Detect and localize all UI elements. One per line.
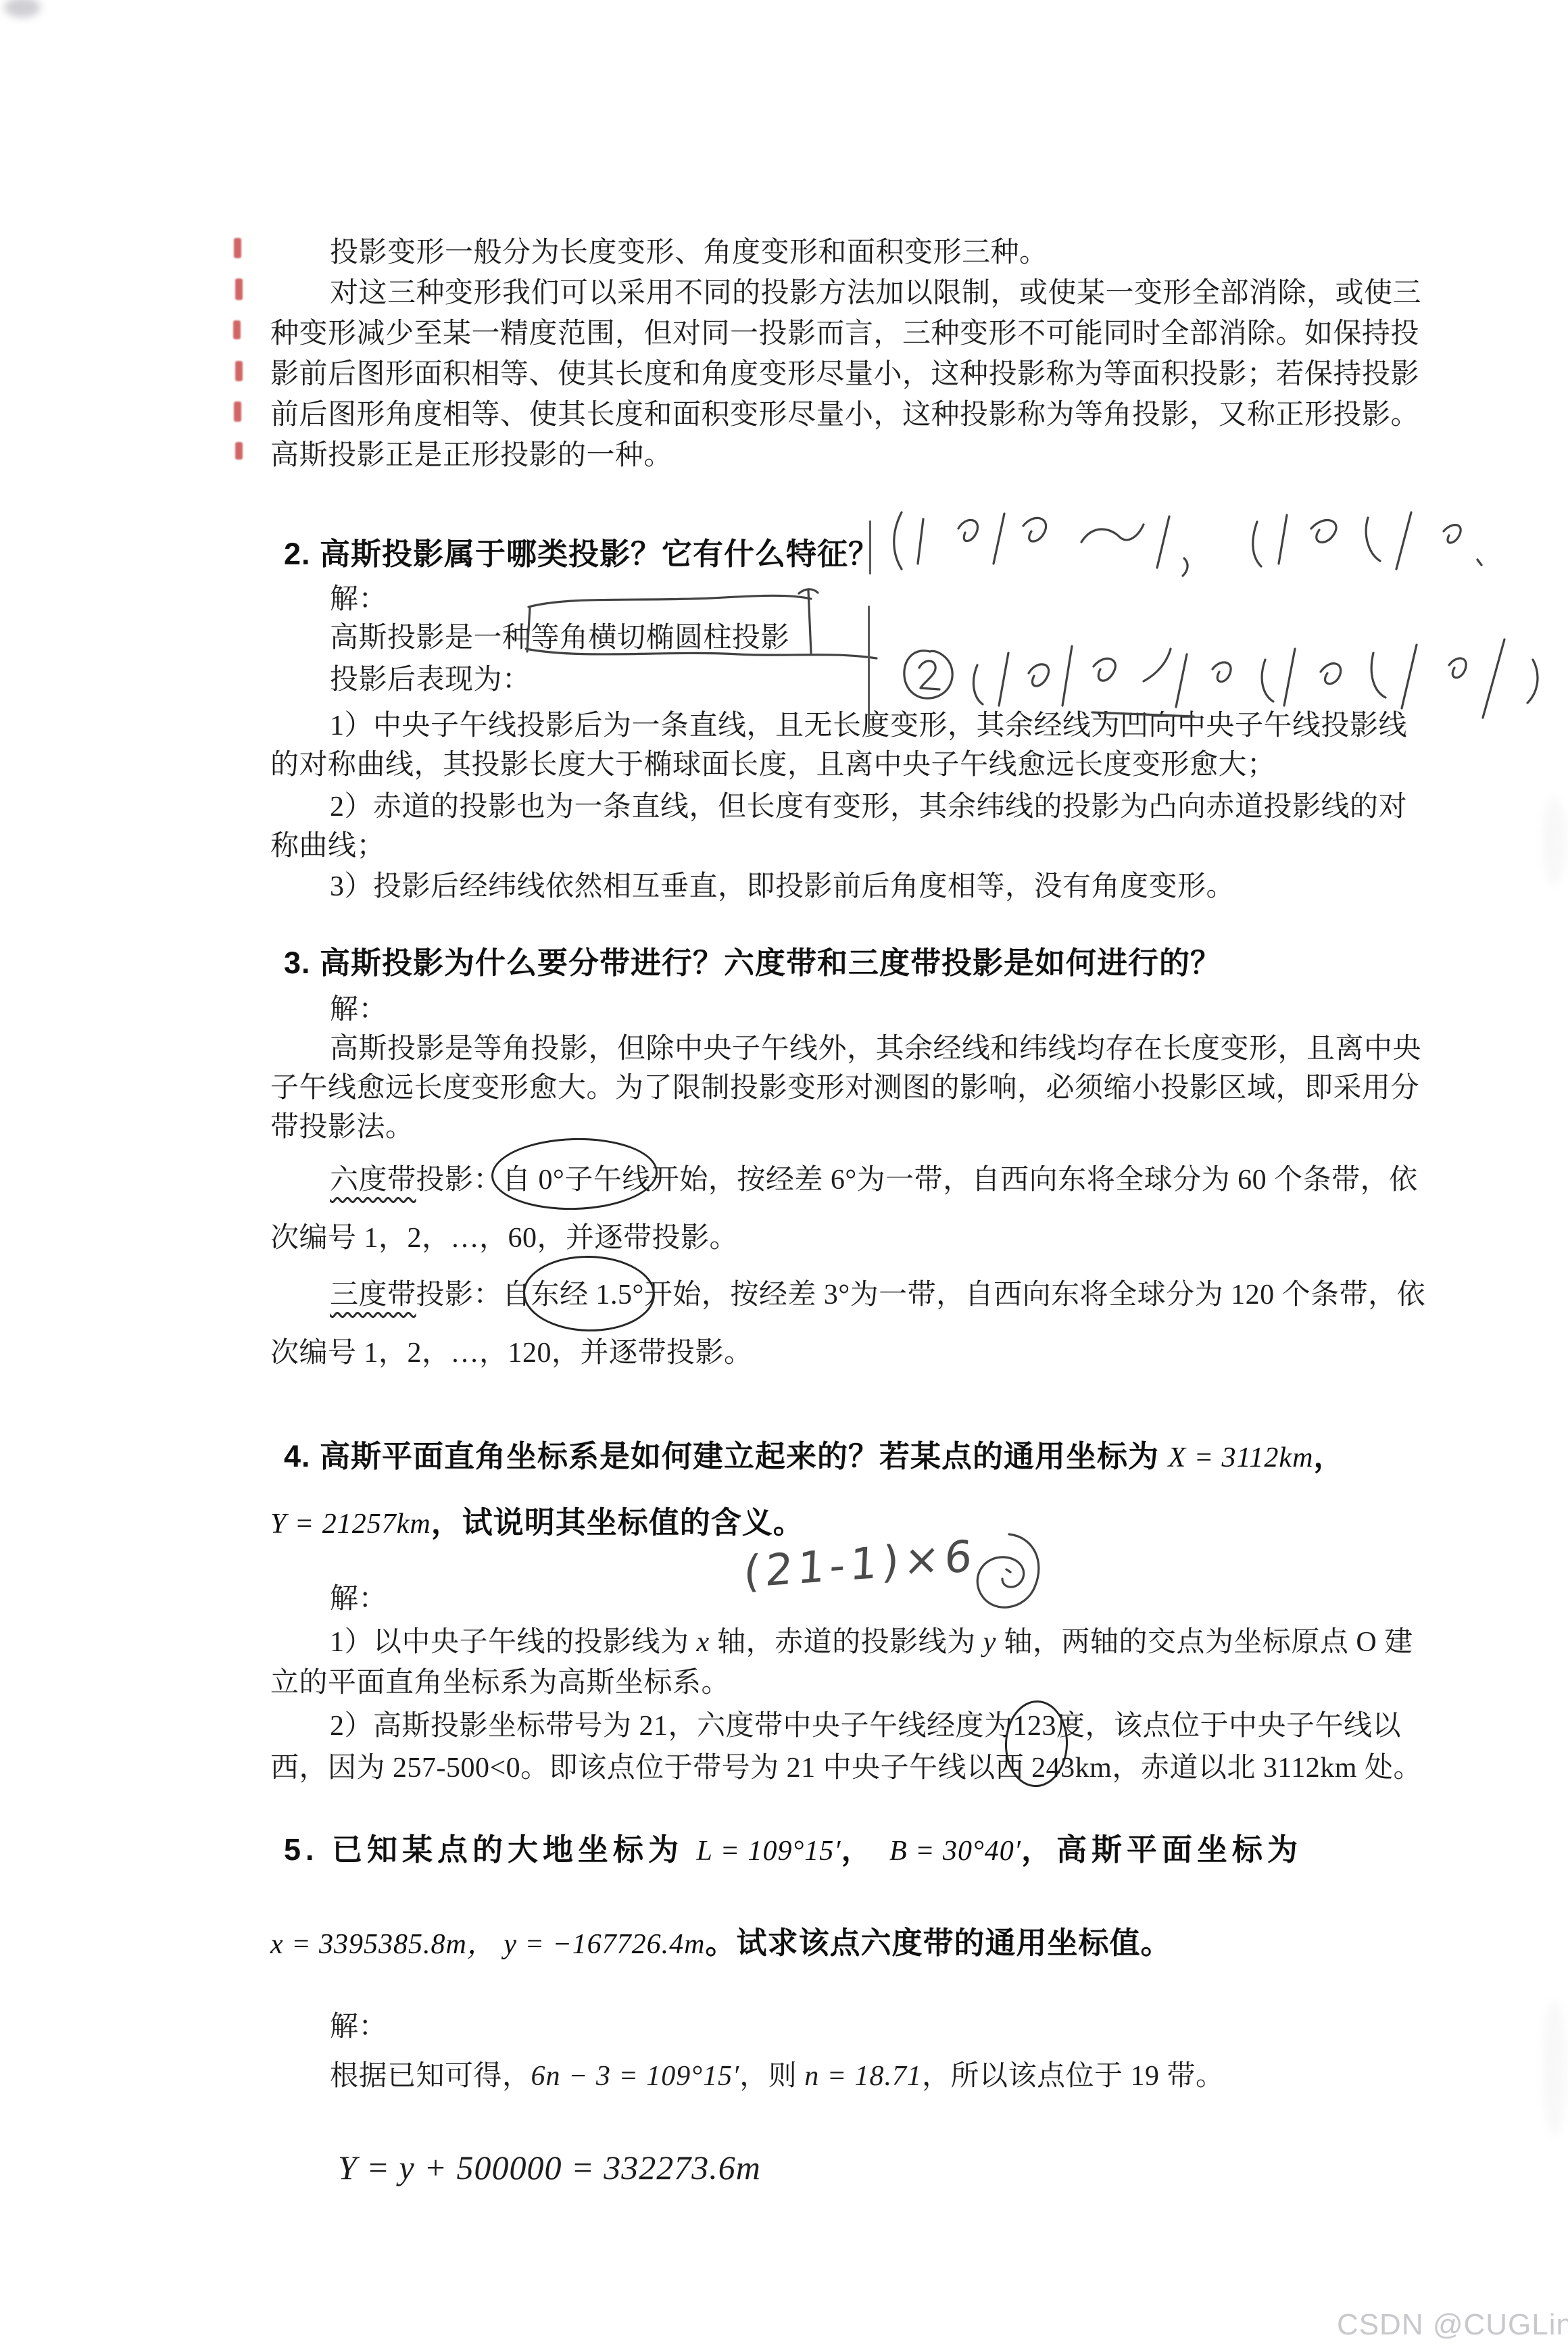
paragraph1-line4: 影前后图形面积相等、使其长度和角度变形尽量小，这种投影称为等面积投影；若保持投影: [270, 351, 1419, 392]
math-expression: n = 18.71: [804, 2061, 922, 2092]
plain-text: 开始，按经差 6°为一带，自西向东将全球分为 60 个条带，依: [651, 1165, 1418, 1196]
plain-text: 投影：自: [416, 1279, 531, 1311]
question4-title-line1: 4. 高斯平面直角坐标系是如何建立起来的？若某点的通用坐标为 X = 3112k…: [284, 1431, 1344, 1475]
red-margin-mark: [235, 278, 243, 300]
question3-answer-line3: 带投影法。: [270, 1104, 414, 1145]
paragraph1-line5: 前后图形角度相等、使其长度和面积变形尽量小，这种投影称为等角投影，又称正形投影。: [270, 392, 1419, 433]
wavy-underlined-text: 六度带: [330, 1165, 416, 1196]
plain-text: 根据已知可得，: [330, 2061, 531, 2092]
question2-item2-line2: 称曲线；: [270, 823, 385, 864]
math-variable: y: [983, 1627, 997, 1658]
math-expression: 6n − 3 = 109°15′: [531, 2061, 740, 2092]
question4-answer2-line1: 2）高斯投影坐标带号为 21，六度带中央子午线经度为123度，该点位于中央子午线…: [330, 1703, 1401, 1744]
three-degree-zone-line1: 三度带投影：自东经 1.5°开始，按经差 3°为一带，自西向东将全球分为 120…: [330, 1272, 1425, 1313]
question5-title-line1: 5. 已知某点的大地坐标为 L = 109°15′， B = 30°40′，高斯…: [284, 1825, 1302, 1869]
plain-text: 轴，两轴的交点为坐标原点 O 建: [996, 1627, 1413, 1658]
question2-jie: 解：: [330, 577, 387, 617]
red-margin-mark: [235, 361, 243, 381]
title-text: 4. 高斯平面直角坐标系是如何建立起来的？若某点的通用坐标为: [284, 1439, 1169, 1473]
paragraph1-line3: 种变形减少至某一精度范围，但对同一投影而言，三种变形不可能同时全部消除。如保持投: [270, 311, 1419, 351]
question4-answer1-line2: 立的平面直角坐标系为高斯坐标系。: [270, 1660, 730, 1700]
title-text: 。试求该点六度带的通用坐标值。: [706, 1926, 1172, 1960]
plain-text: 2）高斯投影坐标带号为 21，六度带中央子午线经度为: [330, 1711, 1013, 1742]
question4-jie: 解：: [330, 1576, 387, 1617]
math-expression: x = 3395385.8m: [270, 1929, 467, 1960]
six-degree-zone-line1: 六度带投影：自 0°子午线开始，按经差 6°为一带，自西向东将全球分为 60 个…: [330, 1157, 1418, 1198]
three-degree-zone-line2: 次编号 1，2，…，120，并逐带投影。: [270, 1330, 753, 1371]
handwritten-note-1: [879, 493, 1514, 581]
plain-text: 度，该点位于中央子午线以: [1056, 1711, 1401, 1742]
question3-answer-line1: 高斯投影是等角投影，但除中央子午线外，其余经线和纬线均存在长度变形，且离中央: [330, 1026, 1421, 1067]
question2-answer-line2: 投影后表现为：: [330, 657, 531, 697]
red-margin-mark: [235, 442, 243, 460]
wavy-underlined-text: 三度带: [330, 1279, 416, 1311]
pencil-separator-1: [869, 520, 871, 574]
plain-text: 1）以中央子午线的投影线为: [330, 1627, 697, 1658]
math-expression: ，: [467, 1929, 504, 1960]
handwritten-swirl-circle: [963, 1522, 1051, 1630]
handwritten-note-2: [876, 616, 1565, 731]
title-text: ，高斯平面坐标为: [1021, 1832, 1302, 1867]
question2-title: 2. 高斯投影属于哪类投影？它有什么特征？: [284, 529, 879, 573]
question5-solution-line: 根据已知可得，6n − 3 = 109°15′，则 n = 18.71，所以该点…: [330, 2053, 1225, 2094]
question5-title-line2: x = 3395385.8m， y = −167726.4m。试求该点六度带的通…: [270, 1918, 1172, 1962]
question5-jie: 解：: [330, 2004, 387, 2045]
title-text: ，试说明其坐标值的含义。: [431, 1505, 804, 1540]
paragraph1-line1: 投影变形一般分为长度变形、角度变形和面积变形三种。: [330, 230, 1048, 270]
question4-title-line2: Y = 21257km，试说明其坐标值的含义。: [270, 1498, 804, 1542]
paragraph1-line6: 高斯投影正是正形投影的一种。: [270, 433, 672, 473]
title-text: ，: [1313, 1439, 1344, 1473]
scan-smudge-top-left: [4, 0, 41, 18]
watermark: CSDN @CUGLin: [1337, 2308, 1568, 2342]
math-expression: Y = 21257km: [270, 1509, 431, 1540]
red-margin-mark: [233, 320, 241, 339]
scanned-document-page: 投影变形一般分为长度变形、角度变形和面积变形三种。 对这三种变形我们可以采用不同…: [0, 0, 1568, 2350]
question3-answer-line2: 子午线愈远长度变形愈大。为了限制投影变形对测图的影响，必须缩小投影区域，即采用分: [270, 1065, 1419, 1106]
question2-item3: 3）投影后经纬线依然相互垂直，即投影前后角度相等，没有角度变形。: [330, 864, 1235, 904]
plain-text: ，则: [739, 2061, 804, 2092]
red-margin-mark: [234, 238, 241, 258]
scan-smudge-right-1: [1542, 798, 1567, 885]
question4-answer2-line2: 西，因为 257-500<0。即该点位于带号为 21 中央子午线以西 243km…: [270, 1745, 1422, 1786]
plain-text: ，所以该点位于 19 带。: [922, 2061, 1225, 2092]
question5-formula: Y = y + 500000 = 332273.6m: [338, 2148, 761, 2187]
math-expression: B = 30°40′: [889, 1836, 1021, 1867]
red-margin-mark: [234, 401, 241, 422]
hand-drawn-box: [508, 587, 887, 668]
title-text: ，: [841, 1832, 889, 1867]
math-expression: y = −167726.4m: [504, 1929, 705, 1960]
plain-text: 开始，按经差 3°为一带，自西向东将全球分为 120 个条带，依: [644, 1279, 1425, 1311]
hand-circled-text: 东经 1.5°: [531, 1272, 644, 1313]
answer-prefix: 高斯投影是一种: [330, 622, 531, 654]
question2-item2-line1: 2）赤道的投影也为一条直线，但长度有变形，其余纬线的投影为凸向赤道投影线的对: [330, 784, 1407, 825]
math-expression: L = 109°15′: [697, 1836, 841, 1867]
plain-text: 投影：: [416, 1165, 503, 1196]
question3-jie: 解：: [330, 987, 387, 1027]
title-text: 5. 已知某点的大地坐标为: [284, 1832, 697, 1867]
question4-answer1-line1: 1）以中央子午线的投影线为 x 轴，赤道的投影线为 y 轴，两轴的交点为坐标原点…: [330, 1619, 1413, 1660]
paragraph1-line2: 对这三种变形我们可以采用不同的投影方法加以限制，或使某一变形全部消除，或使三: [330, 270, 1421, 311]
scan-smudge-right-2: [1542, 2001, 1567, 2136]
pencil-separator-2: [868, 606, 870, 734]
six-degree-zone-line2: 次编号 1，2，…，60，并逐带投影。: [270, 1215, 738, 1256]
question2-item1-line2: 的对称曲线，其投影长度大于椭球面长度，且离中央子午线愈远长度变形愈大；: [270, 742, 1276, 783]
question3-title: 3. 高斯投影为什么要分带进行？六度带和三度带投影是如何进行的？: [284, 938, 1221, 982]
math-variable: x: [697, 1627, 710, 1658]
math-expression: X = 3112km: [1169, 1442, 1314, 1473]
plain-text: 轴，赤道的投影线为: [710, 1627, 983, 1658]
hand-circled-number: 123: [1013, 1710, 1057, 1742]
hand-circled-text: 自 0°子午线: [502, 1157, 651, 1198]
